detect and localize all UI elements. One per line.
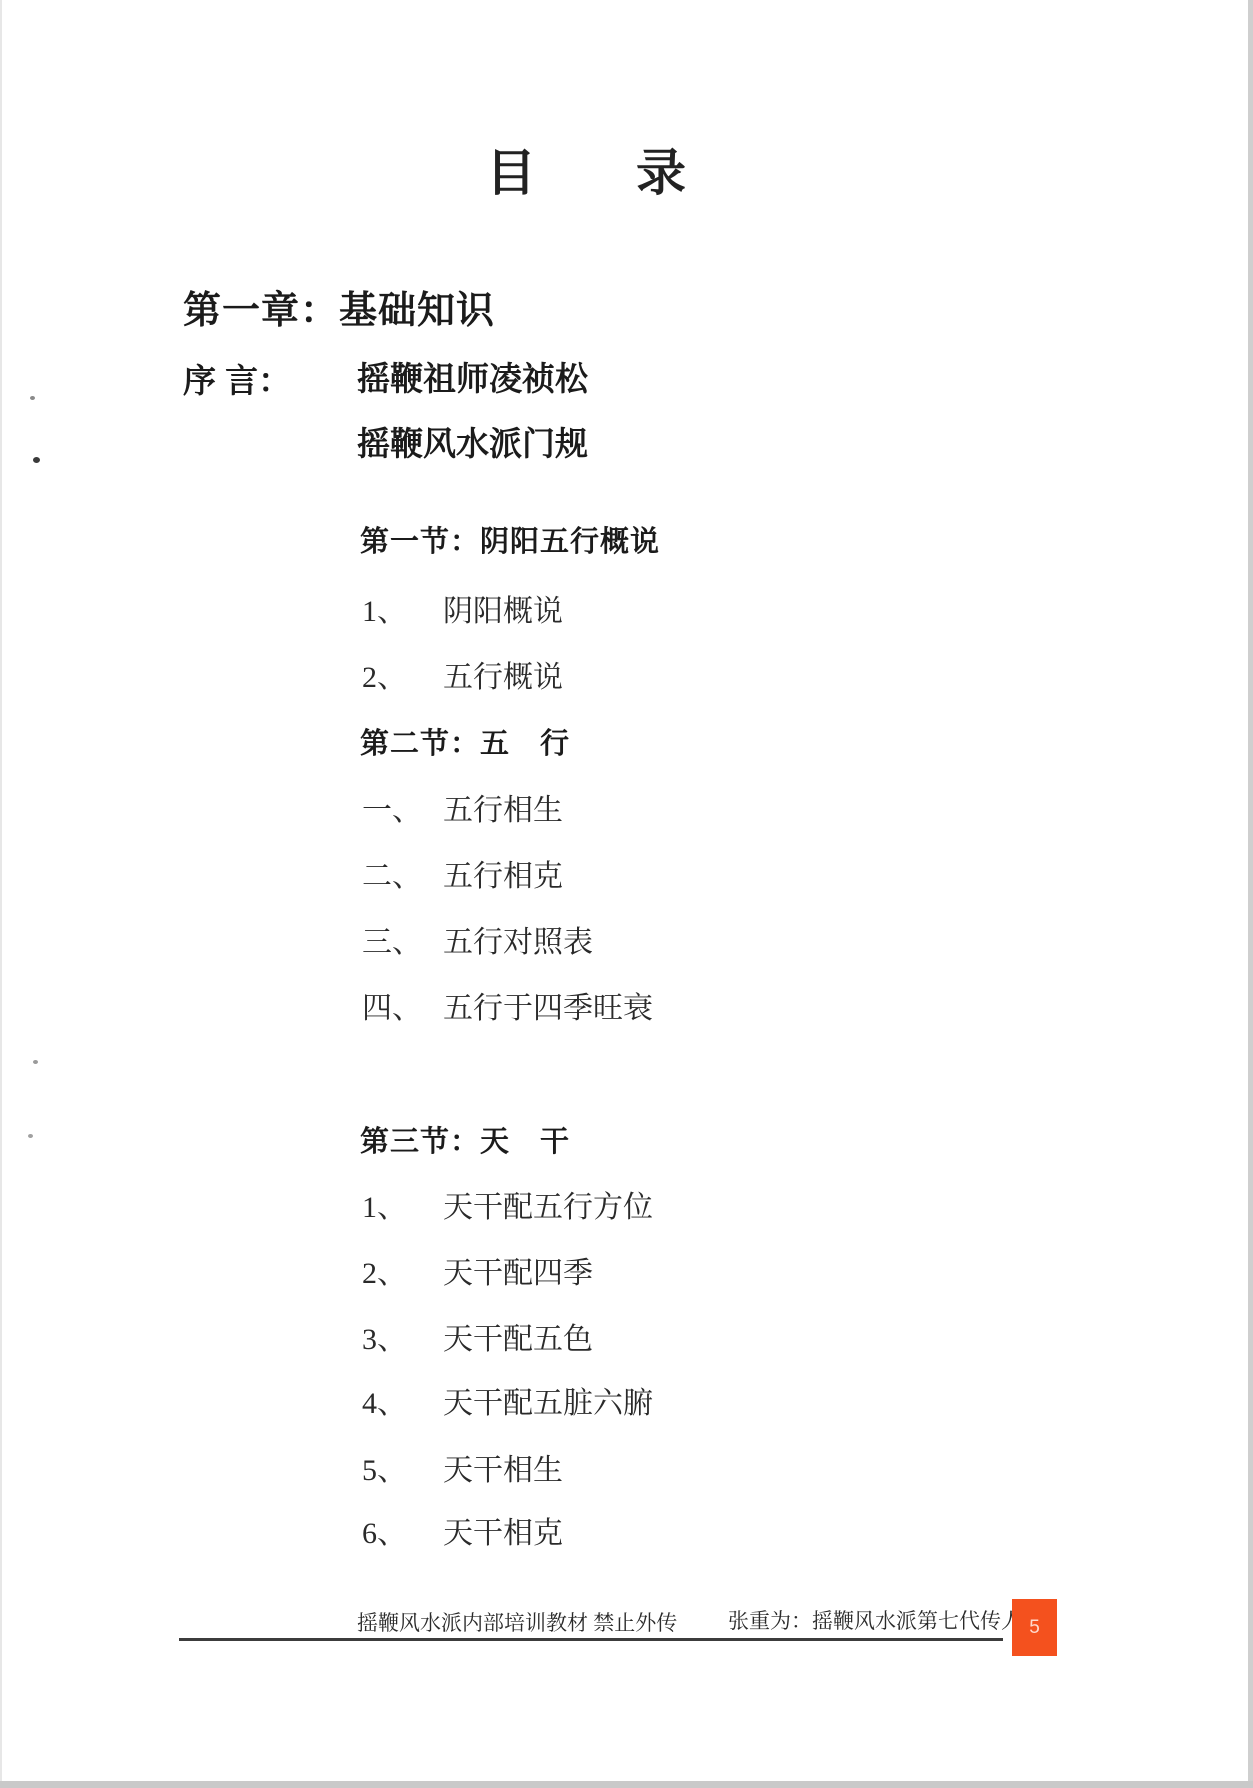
toc-item-text: 五行于四季旺衰: [443, 994, 653, 1024]
toc-item-number: 6、: [362, 1519, 443, 1549]
toc-item-number: 三、: [362, 928, 443, 958]
toc-item-text: 五行相生: [443, 796, 563, 826]
footer-author-line: 张重为：摇鞭风水派第七代传人: [728, 1610, 1022, 1633]
footer-rule: [179, 1638, 1003, 1641]
toc-item: 1、 阴阳概说: [362, 597, 563, 627]
toc-item-text: 五行概说: [443, 663, 563, 693]
toc-item-text: 阴阳概说: [443, 597, 563, 627]
document-page: 目 录 第一章：基础知识 序 言： 摇鞭祖师凌祯松 摇鞭风水派门规 第一节：阴阳…: [0, 0, 1253, 1788]
toc-item-text: 天干配五行方位: [443, 1193, 653, 1223]
scan-speck: [33, 1060, 38, 1064]
toc-item: 3、 天干配五色: [362, 1325, 593, 1355]
toc-item: 5、 天干相生: [362, 1456, 563, 1486]
page-title: 目 录: [486, 148, 686, 198]
toc-item: 1、 天干配五行方位: [362, 1193, 653, 1223]
section-heading-3: 第三节：天 干: [360, 1128, 570, 1157]
toc-item-number: 二、: [362, 862, 443, 892]
toc-item-number: 1、: [362, 1193, 443, 1223]
toc-item-number: 5、: [362, 1456, 443, 1486]
toc-item-text: 天干配五色: [443, 1325, 593, 1355]
toc-item-number: 4、: [362, 1389, 443, 1419]
toc-item-text: 天干相克: [443, 1519, 563, 1549]
scan-edge-bottom: [0, 1781, 1253, 1788]
section-heading-1: 第一节：阴阳五行概说: [360, 528, 660, 557]
toc-item-number: 四、: [362, 994, 443, 1024]
scan-edge-left: [0, 0, 2, 1788]
toc-item: 三、 五行对照表: [362, 928, 593, 958]
toc-item-number: 2、: [362, 663, 443, 693]
toc-item: 一、 五行相生: [362, 796, 563, 826]
toc-item-text: 天干配五脏六腑: [443, 1389, 653, 1419]
toc-item-number: 1、: [362, 597, 443, 627]
toc-item: 四、 五行于四季旺衰: [362, 994, 653, 1024]
toc-item: 4、 天干配五脏六腑: [362, 1389, 653, 1419]
toc-item: 2、 天干配四季: [362, 1259, 593, 1289]
toc-item-number: 一、: [362, 796, 443, 826]
toc-item: 6、 天干相克: [362, 1519, 563, 1549]
toc-item-text: 天干相生: [443, 1456, 563, 1486]
toc-item-number: 3、: [362, 1325, 443, 1355]
scan-speck: [30, 396, 35, 400]
scan-edge-right: [1248, 0, 1253, 1788]
toc-item-text: 天干配四季: [443, 1259, 593, 1289]
preface-label: 序 言：: [183, 364, 291, 397]
toc-item: 2、 五行概说: [362, 663, 563, 693]
preface-line-1: 摇鞭祖师凌祯松: [357, 362, 588, 395]
chapter-heading: 第一章：基础知识: [183, 292, 495, 330]
toc-item: 二、 五行相克: [362, 862, 563, 892]
toc-item-text: 五行对照表: [443, 928, 593, 958]
scan-speck: [33, 457, 40, 463]
scan-speck: [28, 1134, 33, 1138]
preface-line-2: 摇鞭风水派门规: [357, 427, 588, 460]
toc-item-number: 2、: [362, 1259, 443, 1289]
section-heading-2: 第二节：五 行: [360, 730, 570, 759]
page-number-badge: 5: [1012, 1599, 1057, 1656]
toc-item-text: 五行相克: [443, 862, 563, 892]
footer-material-notice: 摇鞭风水派内部培训教材 禁止外传: [357, 1612, 677, 1635]
